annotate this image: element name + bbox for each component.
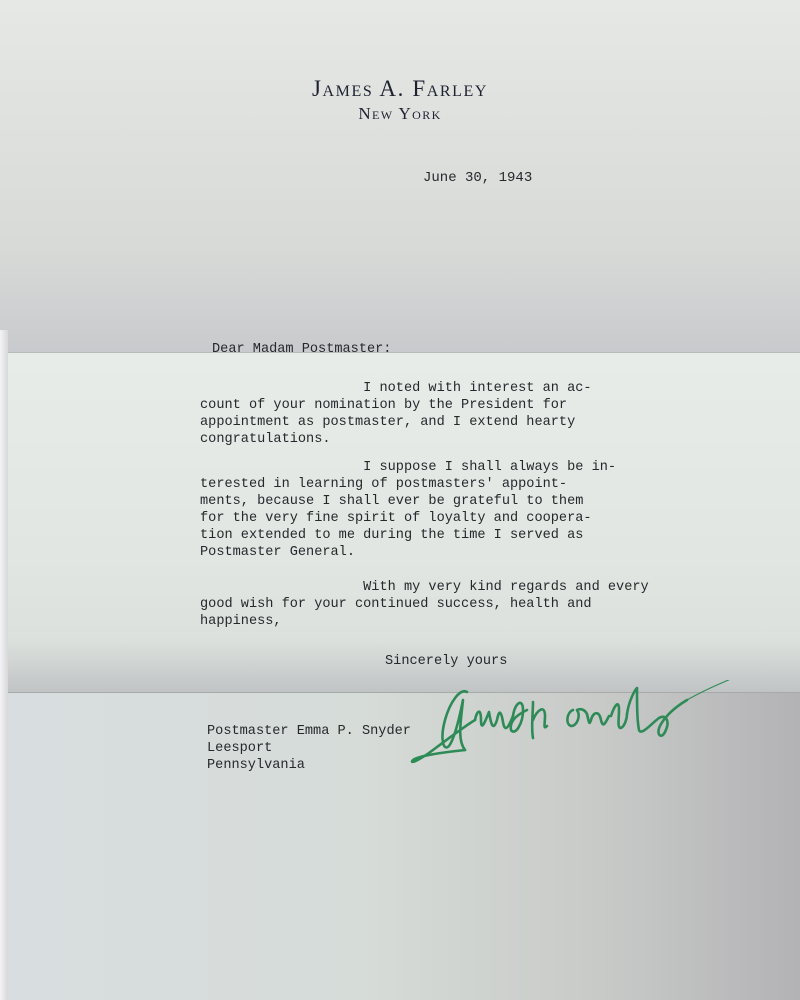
handwritten-signature bbox=[405, 680, 745, 770]
paragraph-1: I noted with interest an ac- count of yo… bbox=[200, 380, 592, 448]
recipient-address: Postmaster Emma P. Snyder Leesport Penns… bbox=[207, 723, 411, 774]
letter-date: June 30, 1943 bbox=[423, 170, 532, 187]
letterhead-city: New York bbox=[0, 104, 800, 124]
letterhead-name: James A. Farley bbox=[0, 76, 800, 102]
paragraph-2: I suppose I shall always be in- terested… bbox=[200, 459, 616, 561]
recipient-town: Leesport bbox=[207, 741, 272, 756]
recipient-state: Pennsylvania bbox=[207, 758, 305, 773]
paper-edge bbox=[0, 330, 8, 1000]
recipient-name: Postmaster Emma P. Snyder bbox=[207, 724, 411, 739]
paragraph-3: With my very kind regards and every good… bbox=[200, 579, 649, 630]
salutation: Dear Madam Postmaster: bbox=[212, 341, 391, 358]
closing: Sincerely yours bbox=[385, 653, 507, 670]
paper-top-panel bbox=[0, 0, 800, 352]
